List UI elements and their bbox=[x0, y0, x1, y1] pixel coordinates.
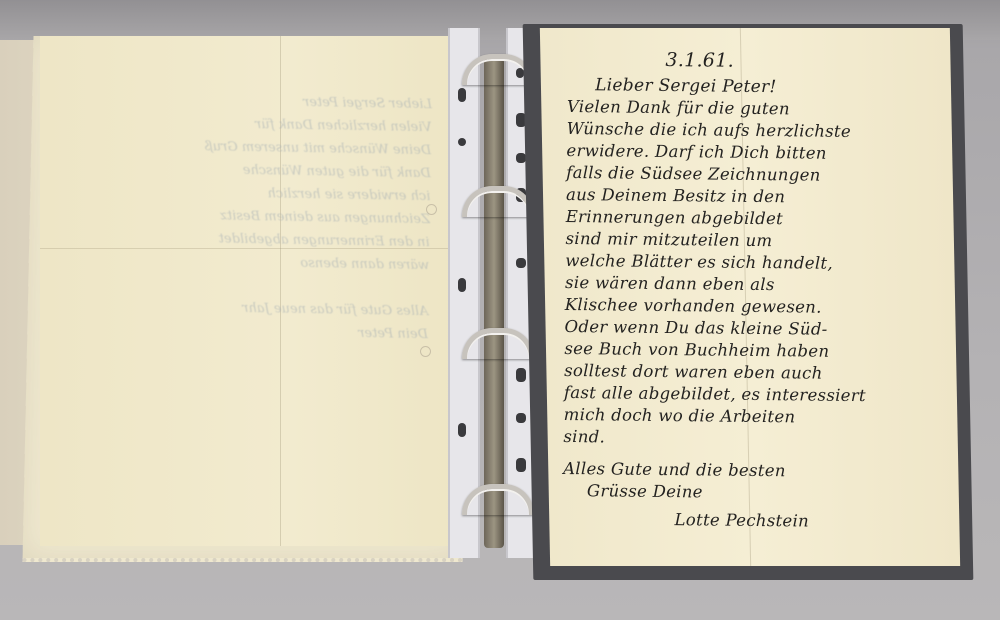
ring-mechanism-rail bbox=[484, 58, 504, 548]
sleeve-hole bbox=[458, 88, 466, 102]
sleeve-hole bbox=[458, 278, 466, 292]
sleeve-hole bbox=[458, 423, 466, 437]
bleed-through-text: Lieber Sergei Peter Vielen herzlichen Da… bbox=[68, 87, 432, 346]
letter-line: mich doch wo die Arbeiten bbox=[564, 404, 954, 430]
sleeve-hole bbox=[458, 138, 466, 146]
sleeve-hole bbox=[516, 458, 526, 472]
sleeve-hole bbox=[516, 368, 526, 382]
sleeve-hole bbox=[516, 258, 526, 268]
letter-signature: Lotte Pechstein bbox=[674, 509, 952, 534]
left-sleeve-strip bbox=[448, 28, 480, 558]
letter-closing: Grüsse Deine bbox=[587, 480, 953, 506]
punch-hole bbox=[420, 346, 431, 357]
letter-date: 3.1.61. bbox=[665, 49, 957, 74]
sleeve-hole bbox=[516, 413, 526, 423]
handwritten-letter: 3.1.61. Lieber Sergei Peter! Vielen Dank… bbox=[562, 48, 957, 534]
